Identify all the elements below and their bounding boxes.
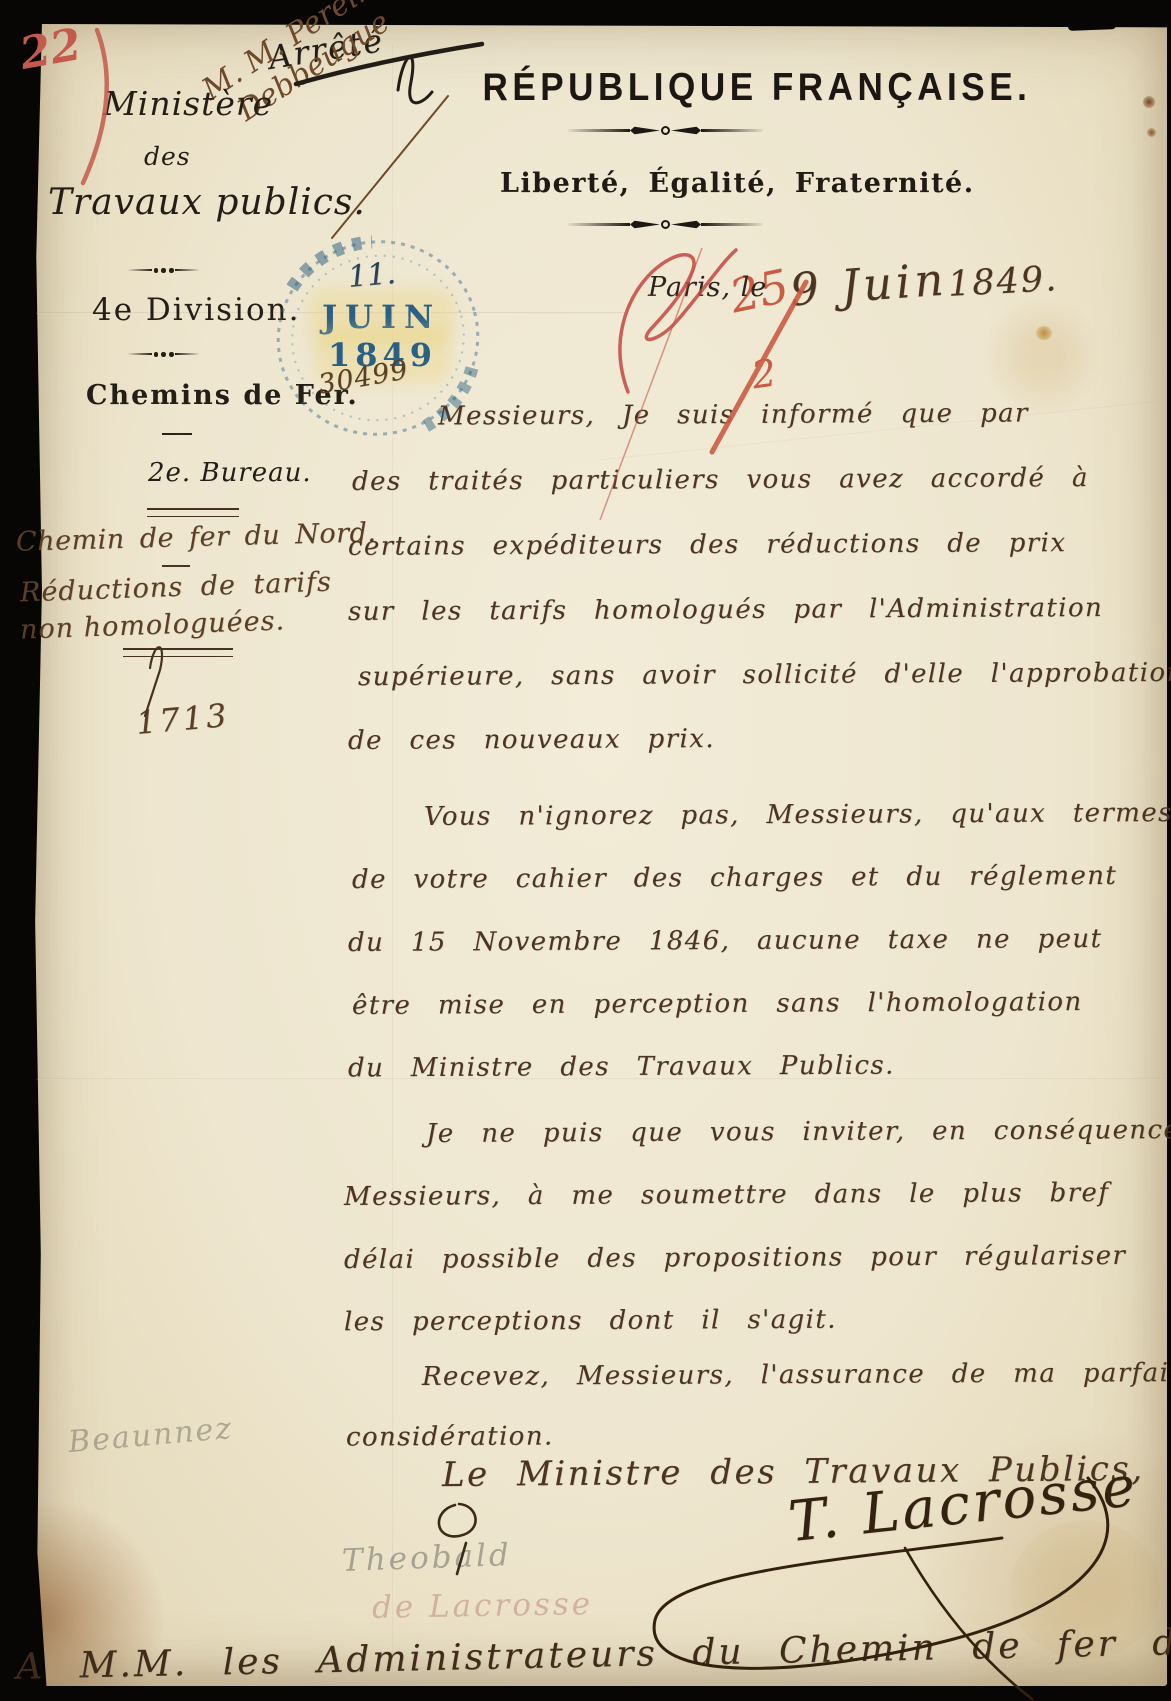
age-spot	[1143, 96, 1155, 108]
body-line: les perceptions dont il s'agit.	[344, 1305, 837, 1338]
republic-title: RÉPUBLIQUE FRANÇAISE.	[482, 66, 1031, 110]
ornament-divider-icon	[128, 268, 199, 273]
age-spot	[1147, 128, 1156, 137]
pencil-name-line1: Theobald	[341, 1537, 512, 1579]
body-line: du 15 Novembre 1846, aucune taxe ne peut	[348, 924, 1103, 958]
year-handwritten: 1849.	[947, 259, 1059, 305]
body-line: être mise en perception sans l'homologat…	[352, 987, 1083, 1021]
body-line: Messieurs, à me soumettre dans le plus b…	[344, 1178, 1109, 1212]
stamp-month: JUIN	[318, 298, 445, 336]
dossier-number: 1713	[135, 696, 231, 742]
fleuron-divider-icon	[568, 126, 763, 135]
date-handwritten: 9 Juin	[788, 253, 949, 317]
body-line: Recevez, Messieurs, l'assurance de ma pa…	[422, 1358, 1171, 1392]
ornament-divider-icon	[128, 352, 199, 357]
body-line: considération.	[346, 1421, 554, 1452]
age-spot	[1036, 326, 1052, 340]
fleuron-divider-icon	[568, 220, 763, 229]
small-dash-rule	[162, 565, 190, 567]
double-rule	[147, 508, 239, 517]
ministry-line1: Ministère	[103, 84, 273, 123]
dateline-printed: Paris, le	[648, 272, 767, 303]
body-line: sur les tarifs homologués par l'Administ…	[348, 593, 1103, 627]
body-line: Vous n'ignorez pas, Messieurs, qu'aux te…	[424, 798, 1171, 832]
division-line: 4e Division.	[92, 292, 300, 328]
scanned-letter-1849: { "colors": { "paper": "#efe7d0", "print…	[0, 0, 1171, 1701]
body-line: délai possible des propositions pour rég…	[344, 1241, 1126, 1275]
body-line: Messieurs, Je suis informé que par	[438, 398, 1029, 431]
motto-line: Liberté, Égalité, Fraternité.	[500, 168, 975, 199]
stamp-day: 11.	[347, 256, 398, 295]
pencil-name-line2: de Lacrosse	[372, 1586, 594, 1626]
scan-edge-notch	[1068, 19, 1116, 31]
body-line: des traités particuliers vous avez accor…	[352, 463, 1089, 497]
small-dash-rule	[162, 433, 192, 435]
body-line: supérieure, sans avoir sollicité d'elle …	[358, 658, 1171, 692]
body-line: certains expéditeurs des réductions de p…	[348, 528, 1067, 562]
body-line: de votre cahier des charges et du réglem…	[352, 861, 1117, 895]
body-line: du Ministre des Travaux Publics.	[348, 1051, 895, 1084]
body-line: Je ne puis que vous inviter, en conséque…	[426, 1115, 1171, 1149]
flourish-double-rule	[123, 648, 233, 657]
ministry-line3: Travaux publics.	[48, 182, 366, 223]
bureau-line: 2e. Bureau.	[148, 458, 312, 488]
red-corner-number: 22	[16, 19, 85, 80]
body-line: de ces nouveaux prix.	[348, 724, 715, 756]
ministry-line2: des	[144, 142, 191, 171]
